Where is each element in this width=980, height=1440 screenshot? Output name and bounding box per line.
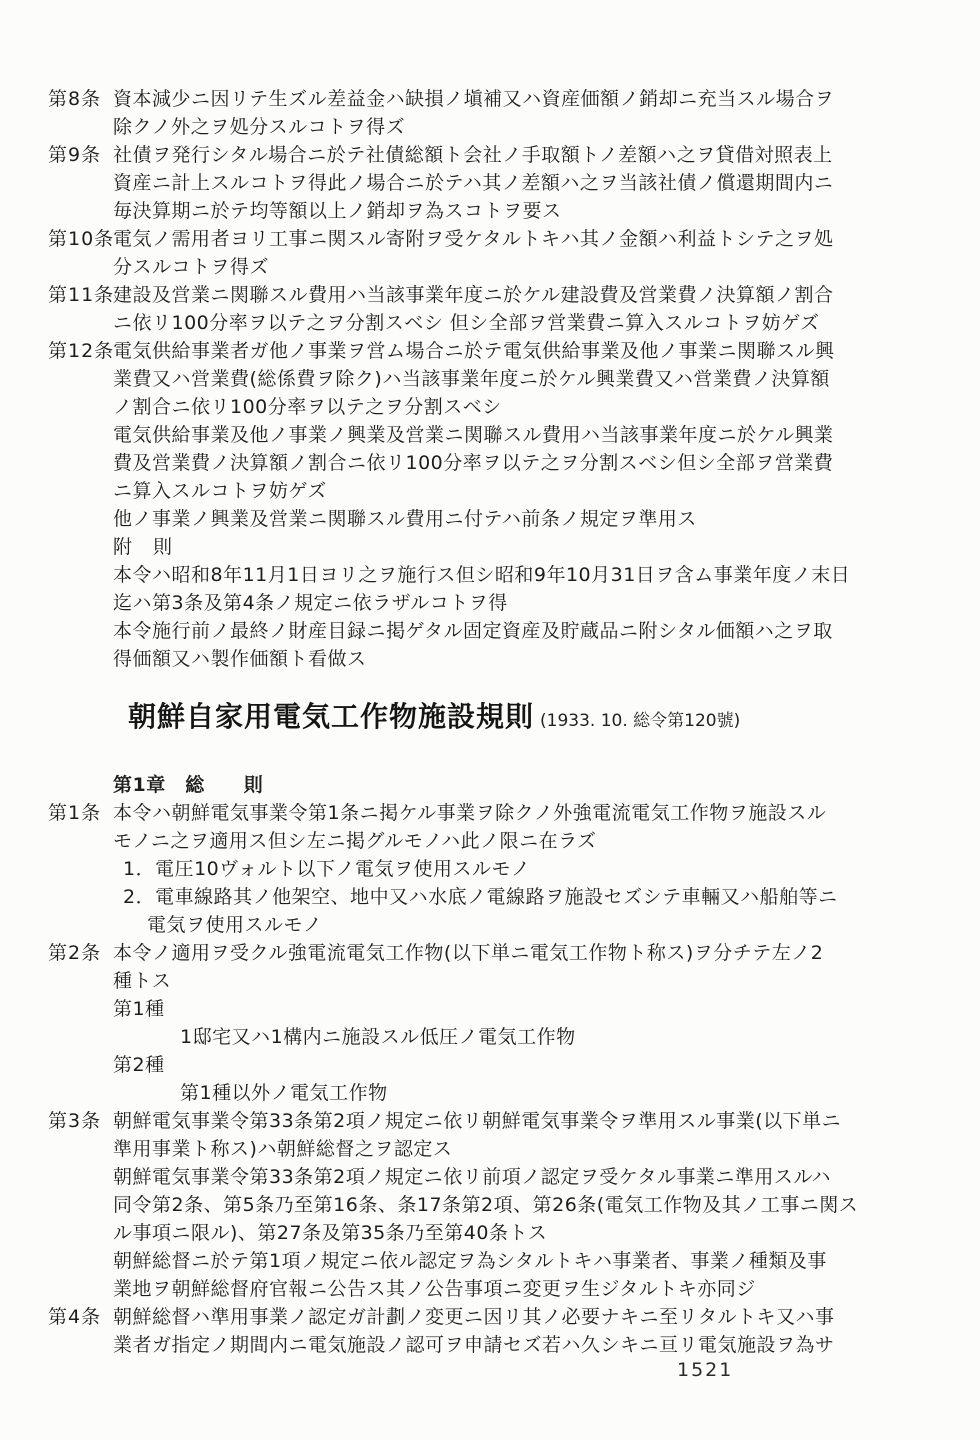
type-1-description: 1邸宅又ハ1構内ニ施設スル低圧ノ電気工作物 <box>180 1026 576 1048</box>
type-2-description: 第1種以外ノ電気工作物 <box>180 1082 388 1104</box>
text-line: 分スルコトヲ得ズ <box>113 256 269 278</box>
type-1-heading: 第1種 <box>113 998 165 1020</box>
text-line: 迄ハ第3条及第4条ノ規定ニ依ラザルコトヲ得 <box>113 592 508 614</box>
supplementary-provisions: 附 則 本令ハ昭和8年11月1日ヨリ之ヲ施行ス但シ昭和9年10月31日ヲ含ム事業… <box>0 533 980 673</box>
document-body: 第8条資本減少ニ因リテ生ズル差益金ハ缺損ノ塡補又ハ資産価額ノ銷却ニ充当スル場合ヲ… <box>0 85 980 1359</box>
regulation-title: 朝鮮自家用電気工作物施設規則(1933. 10. 総令第120號) <box>128 697 980 737</box>
text-line: 得価額又ハ製作価額ト看做ス <box>113 648 367 670</box>
article-4: 第4条朝鮮総督ハ準用事業ノ認定ガ計劃ノ変更ニ因リ其ノ必要ナキニ至リタルトキ又ハ事… <box>0 1303 980 1359</box>
article-label: 第1条 <box>48 799 101 827</box>
text-line: モノニ之ヲ適用ス但シ左ニ掲グルモノハ此ノ限ニ在ラズ <box>113 830 597 852</box>
article-label: 第8条 <box>48 85 101 113</box>
article-3: 第3条朝鮮電気事業令第33条第2項ノ規定ニ依リ朝鮮電気事業令ヲ準用スル事業(以下… <box>0 1107 980 1303</box>
article-label: 第3条 <box>48 1107 101 1135</box>
text-line: 電気ノ需用者ヨリ工事ニ関スル寄附ヲ受ケタルトキハ其ノ金額ハ利益トシテ之ヲ処 <box>113 228 834 250</box>
text-line: ニ算入スルコトヲ妨ゲズ <box>113 480 327 502</box>
text-line: 除クノ外之ヲ処分スルコトヲ得ズ <box>113 116 405 138</box>
chapter-heading: 第1章 総 則 <box>0 771 980 799</box>
text-line: 電気供給事業者ガ他ノ事業ヲ営ム場合ニ於テ電気供給事業及他ノ事業ニ関聯スル興 <box>113 340 835 362</box>
regulation-title-note: (1933. 10. 総令第120號) <box>540 711 740 731</box>
text-line: 資本減少ニ因リテ生ズル差益金ハ缺損ノ塡補又ハ資産価額ノ銷却ニ充当スル場合ヲ <box>113 88 834 110</box>
text-line: 本令ハ朝鮮電気事業令第1条ニ掲ケル事業ヲ除クノ外強電流電気工作物ヲ施設スル <box>113 802 826 824</box>
text-line: 本令施行前ノ最終ノ財産目録ニ掲ゲタル固定資産及貯蔵品ニ附シタル価額ハ之ヲ取 <box>113 620 833 642</box>
text-line: 朝鮮電気事業令第33条第2項ノ規定ニ依リ前項ノ認定ヲ受ケタル事業ニ準用スルハ <box>113 1166 831 1188</box>
article-label: 第2条 <box>48 939 101 967</box>
text-line: ニ依リ100分率ヲ以テ之ヲ分割スベシ 但シ全部ヲ営業費ニ算入スルコトヲ妨ゲズ <box>113 312 820 334</box>
article-label: 第11条 <box>48 281 114 309</box>
text-line: 業者ガ指定ノ期間内ニ電気施設ノ認可ヲ申請セズ若ハ久シキニ亘リ電気施設ヲ為サ <box>113 1334 835 1356</box>
article-8: 第8条資本減少ニ因リテ生ズル差益金ハ缺損ノ塡補又ハ資産価額ノ銷却ニ充当スル場合ヲ… <box>0 85 980 141</box>
article-2: 第2条本令ノ適用ヲ受クル強電流電気工作物(以下単ニ電気工作物ト称ス)ヲ分チテ左ノ… <box>0 939 980 1107</box>
text-line: 本令ノ適用ヲ受クル強電流電気工作物(以下単ニ電気工作物ト称ス)ヲ分チテ左ノ2 <box>113 942 823 964</box>
text-line: 業費又ハ営業費(総係費ヲ除ク)ハ当該事業年度ニ於ケル興業費又ハ営業費ノ決算額 <box>113 368 830 390</box>
article-12: 第12条電気供給事業者ガ他ノ事業ヲ営ム場合ニ於テ電気供給事業及他ノ事業ニ関聯スル… <box>0 337 980 533</box>
type-2-heading: 第2種 <box>113 1054 165 1076</box>
text-line: 費及営業費ノ決算額ノ割合ニ依リ100分率ヲ以テ之ヲ分割スベシ但シ全部ヲ営業費 <box>113 452 833 474</box>
text-line: 朝鮮総督ハ準用事業ノ認定ガ計劃ノ変更ニ因リ其ノ必要ナキニ至リタルトキ又ハ事 <box>113 1306 835 1328</box>
article-1: 第1条本令ハ朝鮮電気事業令第1条ニ掲ケル事業ヲ除クノ外強電流電気工作物ヲ施設スル… <box>0 799 980 939</box>
text-line: 朝鮮電気事業令第33条第2項ノ規定ニ依リ朝鮮電気事業令ヲ準用スル事業(以下単ニ <box>113 1110 841 1132</box>
part-1-accounting-articles: 第8条資本減少ニ因リテ生ズル差益金ハ缺損ノ塡補又ハ資産価額ノ銷却ニ充当スル場合ヲ… <box>0 85 980 533</box>
document-page: 第8条資本減少ニ因リテ生ズル差益金ハ缺損ノ塡補又ハ資産価額ノ銷却ニ充当スル場合ヲ… <box>0 0 980 1440</box>
page-number: 1521 <box>677 1356 733 1384</box>
text-line: 種トス <box>113 970 171 992</box>
article-label: 第12条 <box>48 337 114 365</box>
list-item: 1．電圧10ヴォルト以下ノ電気ヲ使用スルモノ <box>123 858 530 880</box>
supplement-heading: 附 則 <box>0 533 980 561</box>
article-9: 第9条社債ヲ発行シタル場合ニ於テ社債総額ト会社ノ手取額トノ差額ハ之ヲ貸借対照表上… <box>0 141 980 225</box>
text-line: 他ノ事業ノ興業及営業ニ関聯スル費用ニ付テハ前条ノ規定ヲ準用ス <box>113 508 697 530</box>
text-line: 準用事業ト称ス)ハ朝鮮総督之ヲ認定ス <box>113 1138 452 1160</box>
text-line: 毎決算期ニ於テ均等額以上ノ銷却ヲ為スコトヲ要ス <box>113 200 562 222</box>
text-line: ノ割合ニ依リ100分率ヲ以テ之ヲ分割スベシ <box>113 396 502 418</box>
text-line: 電気供給事業及他ノ事業ノ興業及営業ニ関聯スル費用ハ当該事業年度ニ於ケル興業 <box>113 424 834 446</box>
text-line: 建設及営業ニ関聯スル費用ハ当該事業年度ニ於ケル建設費及営業費ノ決算額ノ割合 <box>113 284 834 306</box>
text-line: 本令ハ昭和8年11月1日ヨリ之ヲ施行ス但シ昭和9年10月31日ヲ含ム事業年度ノ末… <box>113 564 850 586</box>
article-label: 第4条 <box>48 1303 101 1331</box>
text-line: 電気ヲ使用スルモノ <box>147 914 322 936</box>
article-label: 第10条 <box>48 225 114 253</box>
text-line: 業地ヲ朝鮮総督府官報ニ公告ス其ノ公告事項ニ変更ヲ生ジタルトキ亦同ジ <box>113 1278 756 1300</box>
part-2-regulation-articles: 第1章 総 則 第1条本令ハ朝鮮電気事業令第1条ニ掲ケル事業ヲ除クノ外強電流電気… <box>0 771 980 1359</box>
text-line: ル事項ニ限ル)、第27条及第35条乃至第40条トス <box>113 1222 547 1244</box>
regulation-title-text: 朝鮮自家用電気工作物施設規則 <box>128 700 534 733</box>
list-item: 2．電車線路其ノ他架空、地中又ハ水底ノ電線路ヲ施設セズシテ車輛又ハ船舶等ニ <box>123 886 838 908</box>
article-label: 第9条 <box>48 141 101 169</box>
text-line: 朝鮮総督ニ於テ第1項ノ規定ニ依ル認定ヲ為シタルトキハ事業者、事業ノ種類及事 <box>113 1250 827 1272</box>
text-line: 資産ニ計上スルコトヲ得此ノ場合ニ於テハ其ノ差額ハ之ヲ当該社債ノ償還期間内ニ <box>113 172 833 194</box>
article-11: 第11条建設及営業ニ関聯スル費用ハ当該事業年度ニ於ケル建設費及営業費ノ決算額ノ割… <box>0 281 980 337</box>
text-line: 同令第2条、第5条乃至第16条、条17条第2項、第26条(電気工作物及其ノ工事ニ… <box>113 1194 858 1216</box>
article-10: 第10条電気ノ需用者ヨリ工事ニ関スル寄附ヲ受ケタルトキハ其ノ金額ハ利益トシテ之ヲ… <box>0 225 980 281</box>
text-line: 社債ヲ発行シタル場合ニ於テ社債総額ト会社ノ手取額トノ差額ハ之ヲ貸借対照表上 <box>113 144 833 166</box>
